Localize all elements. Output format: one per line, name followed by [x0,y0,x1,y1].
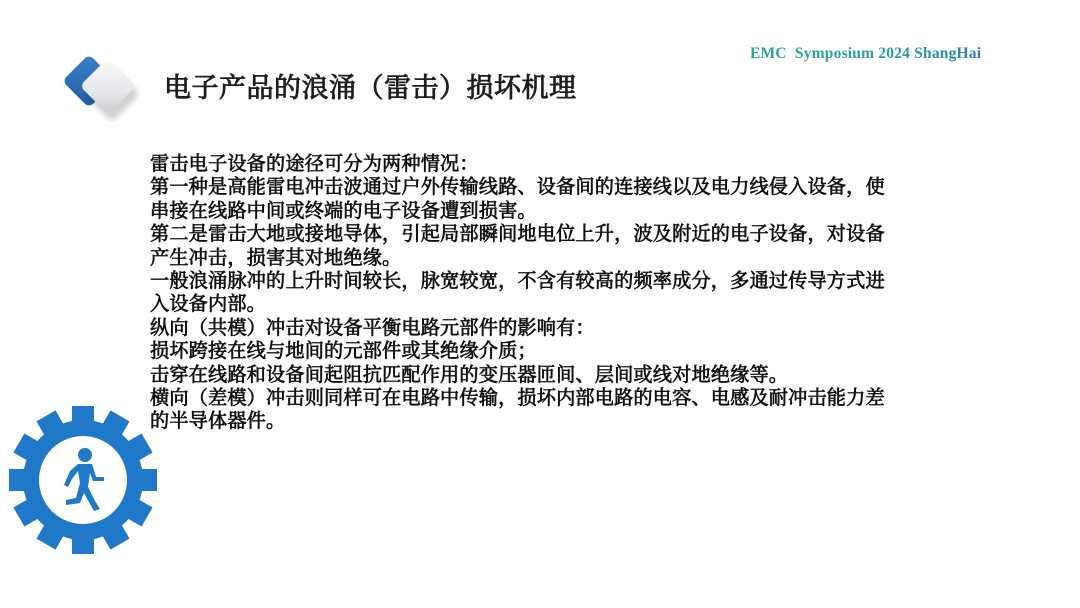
body-line: 第一种是高能雷电冲击波通过户外传输线路、设备间的连接线以及电力线侵入设备，使 [150,175,1020,198]
slide: EMC Symposium 2024 ShangHai 电子产品的浪涌（雷击）损… [0,0,1080,608]
body-line: 串接在线路中间或终端的电子设备遭到损害。 [150,199,1020,222]
page-title: 电子产品的浪涌（雷击）损坏机理 [164,66,577,105]
body-line: 第二是雷击大地或接地导体，引起局部瞬间地电位上升，波及附近的电子设备，对设备 [150,222,1020,245]
conference-label: EMC Symposium 2024 ShangHai [750,44,766,98]
body-line: 纵向（共模）冲击对设备平衡电路元部件的影响有： [150,316,1020,339]
body-line: 的半导体器件。 [150,409,1020,432]
body-line: 入设备内部。 [150,292,1020,315]
body-line-intro: 雷击电子设备的途径可分为两种情况： [150,152,1020,175]
body-line: 一般浪涌脉冲的上升时间较长，脉宽较宽，不含有较高的频率成分，多通过传导方式进 [150,269,1020,292]
body-line: 损坏跨接在线与地间的元部件或其绝缘介质； [150,339,1020,362]
body-line: 击穿在线路和设备间起阻抗匹配作用的变压器匝间、层间或线对地绝缘等。 [150,363,1020,386]
body-line: 产生冲击，损害其对地绝缘。 [150,246,1020,269]
body-text: 雷击电子设备的途径可分为两种情况： 第一种是高能雷电冲击波通过户外传输线路、设备… [150,152,1020,433]
body-line: 横向（差模）冲击则同样可在电路中传输，损坏内部电路的电容、电感及耐冲击能力差 [150,386,1020,409]
conference-label-gradient: EMC Symposium 2024 ShangHai [750,42,1030,64]
gear-running-person-icon [8,405,158,555]
svg-text:EMC Symposium 2024 ShangHai: EMC Symposium 2024 ShangHai [750,45,982,62]
diamond-logo-icon [56,52,142,122]
